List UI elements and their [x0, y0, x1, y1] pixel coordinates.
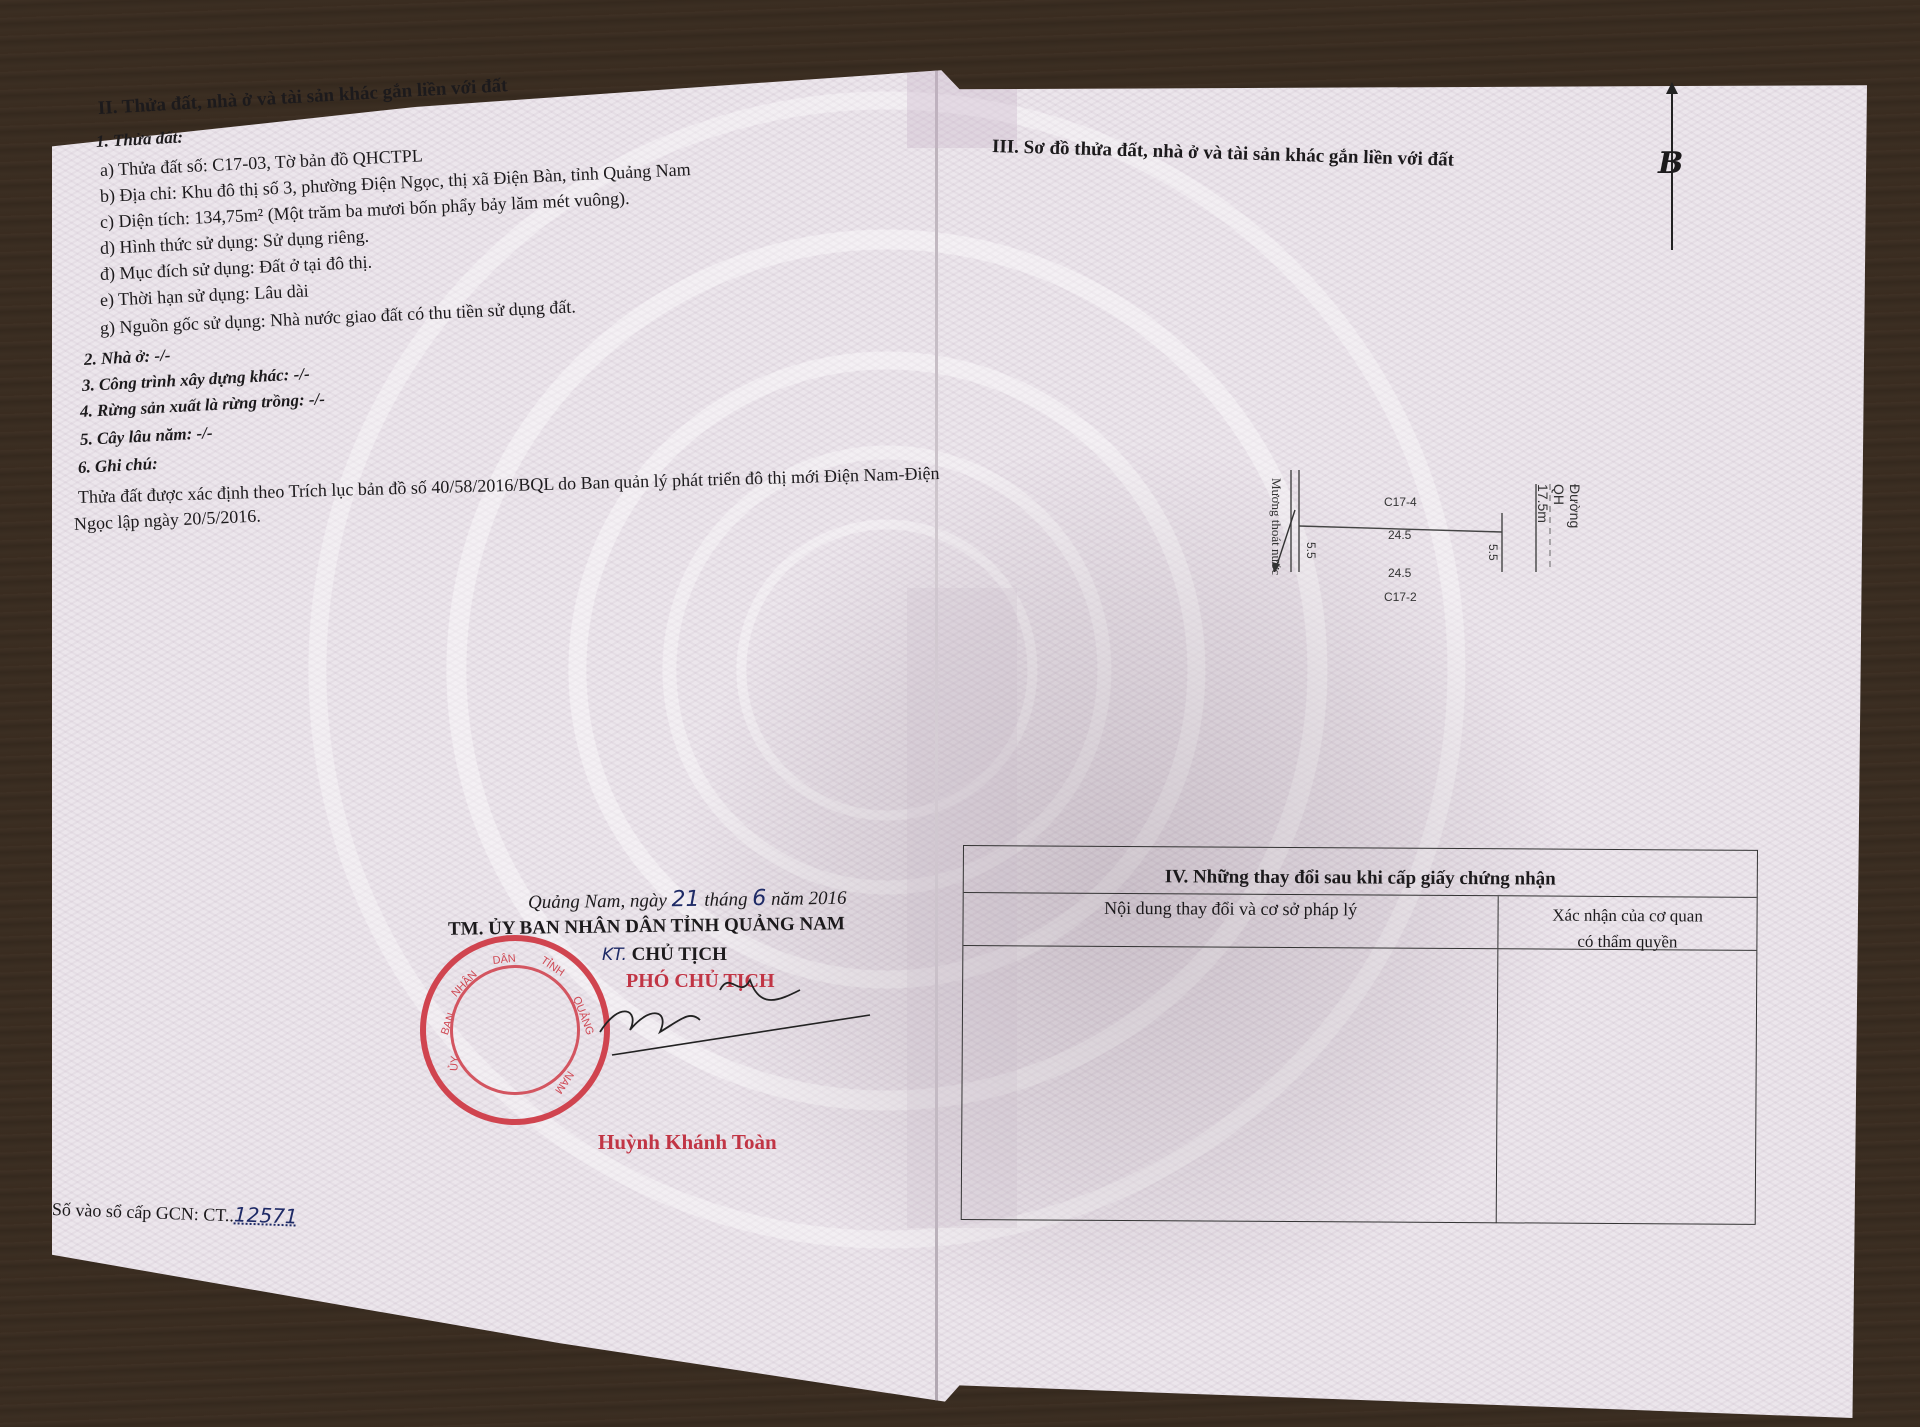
- bottom-neighbor-label: C17-2: [1384, 590, 1417, 604]
- north-label: B: [1658, 146, 1683, 181]
- changes-table-title: IV. Những thay đổi sau khi cấp giấy chứn…: [964, 846, 1757, 898]
- place-date: Quảng Nam, ngày 21 tháng 6 năm 2016: [528, 885, 847, 914]
- col-authority-confirmation: Xác nhận của cơ quan có thẩm quyền: [1498, 896, 1756, 950]
- notes-title: 6. Ghi chú:: [77, 454, 158, 478]
- stamp-word: NHÂN: [449, 969, 479, 1000]
- stamp-word: BAN: [439, 1011, 458, 1036]
- signer-name: Huỳnh Khánh Toàn: [598, 1130, 777, 1155]
- year-label: năm 2016: [771, 888, 847, 910]
- stamp-word: ỦY: [448, 1055, 461, 1071]
- left-width-label: 5.5: [1304, 542, 1318, 559]
- top-length-label: 24.5: [1388, 528, 1411, 542]
- stamp-word: DÂN: [492, 953, 516, 967]
- changes-table-header: Nội dung thay đổi và cơ sở pháp lý Xác n…: [963, 893, 1756, 951]
- changes-table: IV. Những thay đổi sau khi cấp giấy chứn…: [961, 845, 1758, 1225]
- signature-scribble: [560, 960, 880, 1080]
- parcel-diagram: C17-4 24.5 24.5 C17-2 5.5 5.5 Mương thoá…: [1188, 402, 1568, 572]
- place-date-label: Quảng Nam, ngày: [528, 890, 667, 913]
- month-value: 6: [752, 886, 766, 911]
- col2-line1: Xác nhận của cơ quan: [1499, 902, 1757, 930]
- bottom-length-label: 24.5: [1388, 566, 1411, 580]
- road-label: Đường QH 17.5m: [1535, 484, 1583, 528]
- col-change-content: Nội dung thay đổi và cơ sở pháp lý: [963, 893, 1498, 948]
- authority-confirmation-cell: [1497, 949, 1757, 1225]
- change-content-cell: [962, 946, 1499, 1223]
- drain-label: Mương thoát nước: [1268, 478, 1284, 575]
- tape-top: [907, 58, 1017, 148]
- month-label: tháng: [704, 889, 748, 911]
- day-value: 21: [671, 887, 699, 912]
- registry-value: 12571: [234, 1202, 298, 1228]
- changes-table-body: [962, 946, 1757, 1225]
- parcel-diagram-lines: [1188, 402, 1568, 572]
- right-width-label: 5.5: [1486, 544, 1500, 561]
- top-neighbor-label: C17-4: [1384, 495, 1417, 509]
